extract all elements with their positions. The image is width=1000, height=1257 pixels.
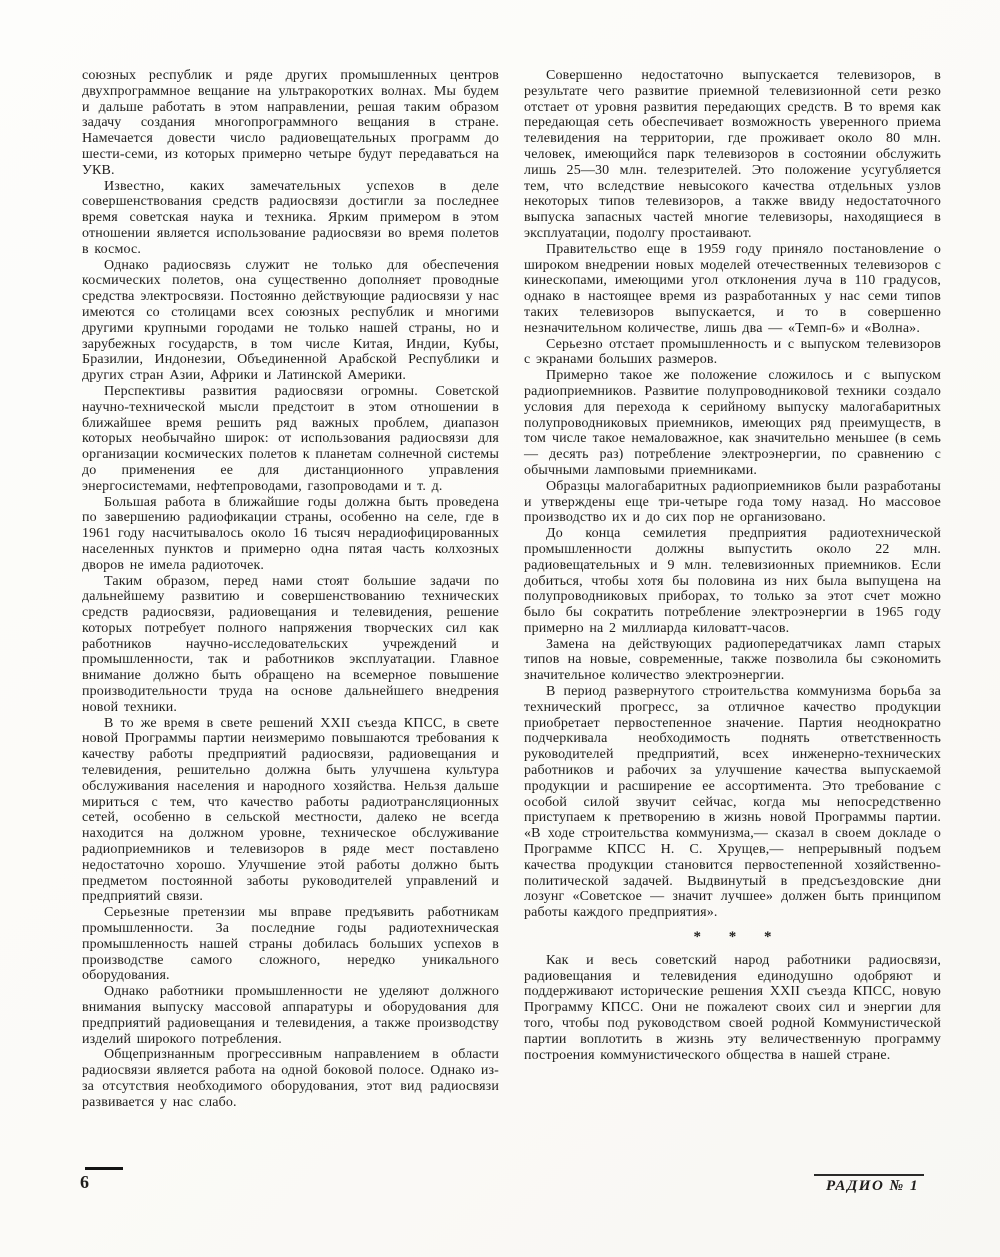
left-column: союзных республик и ряде других промышле… bbox=[82, 68, 499, 1111]
paragraph: союзных республик и ряде других промышле… bbox=[82, 68, 499, 179]
paragraph: Серьезно отстает промышленность и с выпу… bbox=[524, 337, 941, 369]
section-separator: * * * bbox=[524, 930, 941, 946]
paragraph: Общепризнанным прогрессивным направление… bbox=[82, 1047, 499, 1110]
page-number-rule bbox=[85, 1167, 123, 1170]
text-columns: союзных республик и ряде других промышле… bbox=[82, 68, 942, 1111]
paragraph: В период развернутого строительства комм… bbox=[524, 684, 941, 921]
paragraph: Примерно такое же положение сложилось и … bbox=[524, 368, 941, 479]
paragraph: Однако работники промышленности не уделя… bbox=[82, 984, 499, 1047]
paragraph: До конца семилетия предприятия радиотехн… bbox=[524, 526, 941, 637]
paragraph: Правительство еще в 1959 году приняло по… bbox=[524, 242, 941, 337]
right-column: Совершенно недостаточно выпускается теле… bbox=[524, 68, 941, 1111]
paragraph: Как и весь советский народ работники рад… bbox=[524, 953, 941, 1064]
journal-title: РАДИО № 1 bbox=[826, 1178, 919, 1195]
paragraph: Замена на действующих радиопередатчиках … bbox=[524, 637, 941, 684]
page-number: 6 bbox=[80, 1172, 89, 1193]
paragraph: Большая работа в ближайшие годы должна б… bbox=[82, 495, 499, 574]
paragraph: Известно, каких замечательных успехов в … bbox=[82, 179, 499, 258]
paragraph: В то же время в свете решений XXII съезд… bbox=[82, 716, 499, 906]
paragraph: Серьезные претензии мы вправе предъявить… bbox=[82, 905, 499, 984]
paragraph: Таким образом, перед нами стоят большие … bbox=[82, 574, 499, 716]
journal-title-rule bbox=[814, 1174, 924, 1176]
paragraph: Перспективы развития радиосвязи огромны.… bbox=[82, 384, 499, 495]
paragraph: Образцы малогабаритных радиоприемников б… bbox=[524, 479, 941, 526]
magazine-page: союзных республик и ряде других промышле… bbox=[0, 0, 1000, 1257]
paragraph: Совершенно недостаточно выпускается теле… bbox=[524, 68, 941, 242]
paragraph: Однако радиосвязь служит не только для о… bbox=[82, 258, 499, 384]
